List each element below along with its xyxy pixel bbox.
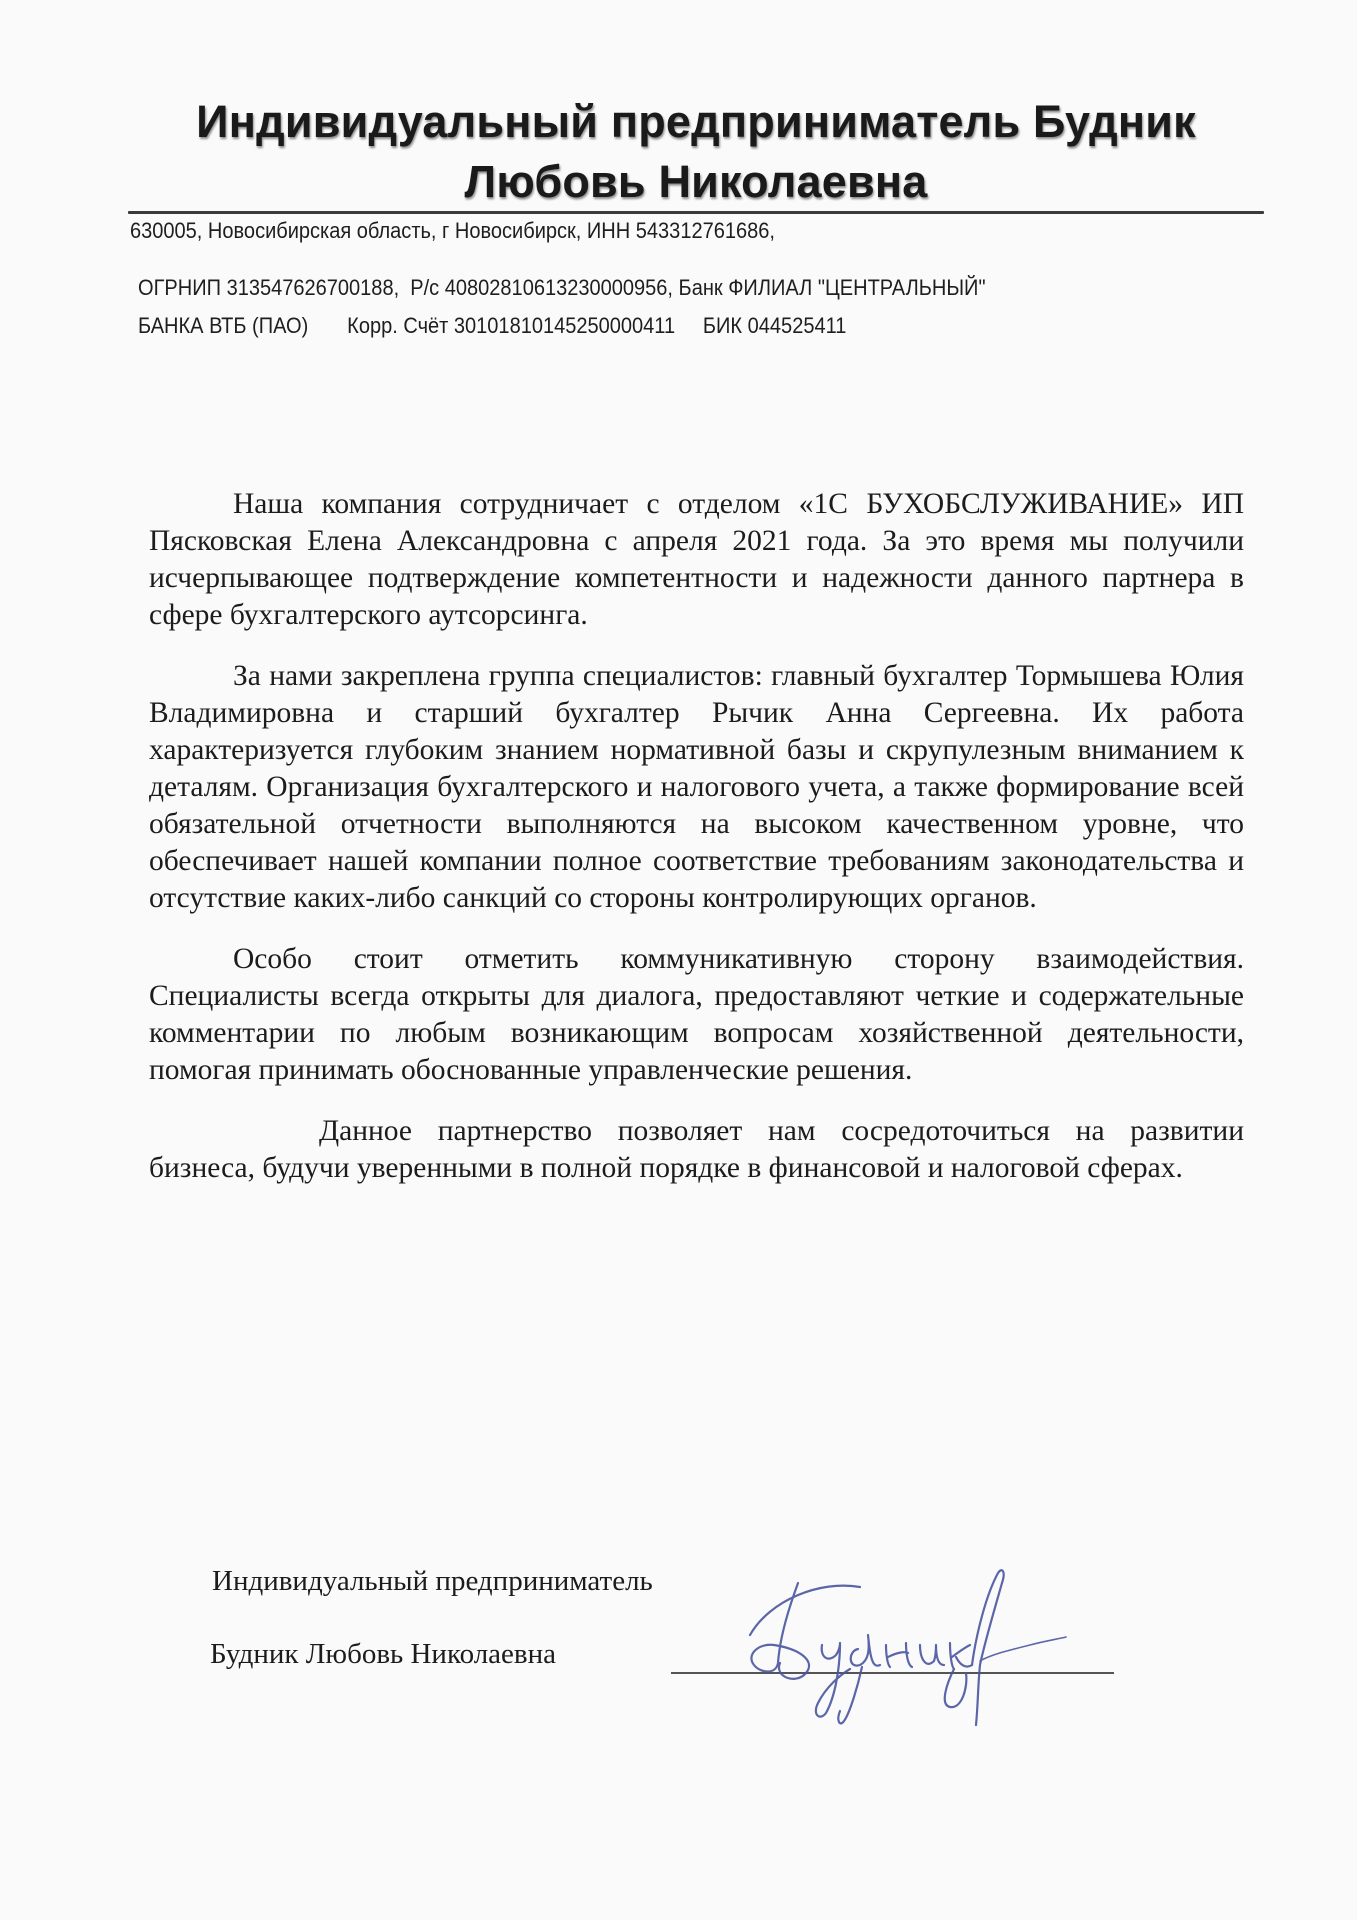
- handwritten-signature-icon: [740, 1565, 1070, 1735]
- letter-page: Индивидуальный предприниматель Будник Лю…: [0, 0, 1357, 1920]
- requisites-bank-bik: БАНКА ВТБ (ПАО) Корр. Счёт 3010181014525…: [138, 313, 846, 339]
- paragraph-cooperation: Наша компания сотрудничает с отделом «1С…: [149, 486, 1244, 634]
- requisites-address-inn: 630005, Новосибирская область, г Новосиб…: [130, 218, 775, 244]
- paragraph-communication: Особо стоит отметить коммуникативную сто…: [149, 941, 1244, 1089]
- letterhead-title-line-1: Индивидуальный предприниматель Будник: [128, 92, 1264, 152]
- letterhead-divider: [128, 211, 1264, 214]
- paragraph-conclusion: Данное партнерство позволяет нам сосредо…: [149, 1113, 1244, 1187]
- signatory-role: Индивидуальный предприниматель: [212, 1565, 653, 1598]
- requisites-ogrnip-account: ОГРНИП 313547626700188, Р/с 408028106132…: [138, 275, 986, 301]
- signatory-name: Будник Любовь Николаевна: [210, 1638, 556, 1671]
- letterhead-title: Индивидуальный предприниматель Будник Лю…: [128, 92, 1264, 212]
- letterhead-title-line-2: Любовь Николаевна: [128, 152, 1264, 212]
- paragraph-specialists: За нами закреплена группа специалистов: …: [149, 658, 1244, 917]
- letter-body: Наша компания сотрудничает с отделом «1С…: [149, 486, 1244, 1187]
